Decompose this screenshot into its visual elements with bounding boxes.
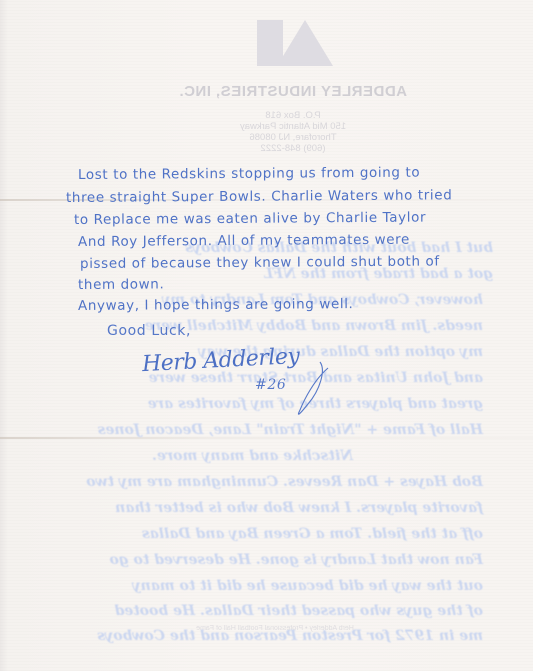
letter-closing: Good Luck, xyxy=(107,323,191,339)
letter-line: Anyway, I hope things are going well. xyxy=(78,296,354,314)
jersey-number: #26 xyxy=(255,377,286,393)
letter-line: And Roy Jefferson. All of my teammates w… xyxy=(78,232,410,250)
handwritten-letter: Lost to the Redskins stopping us from go… xyxy=(0,0,533,671)
letter-line: pissed of because they knew I could shut… xyxy=(80,253,440,272)
letter-line: to Replace me was eaten alive by Charlie… xyxy=(74,210,426,228)
letter-line: them down. xyxy=(78,276,164,293)
signature: Herb Adderley xyxy=(141,344,299,377)
letter-line: three straight Super Bowls. Charlie Wate… xyxy=(66,187,452,206)
signature-flourish-icon xyxy=(290,360,330,420)
letter-line: Lost to the Redskins stopping us from go… xyxy=(78,165,420,183)
letter-page: ADDERLEY INDUSTRIES, INC. P.O. Box 618 1… xyxy=(0,0,533,671)
